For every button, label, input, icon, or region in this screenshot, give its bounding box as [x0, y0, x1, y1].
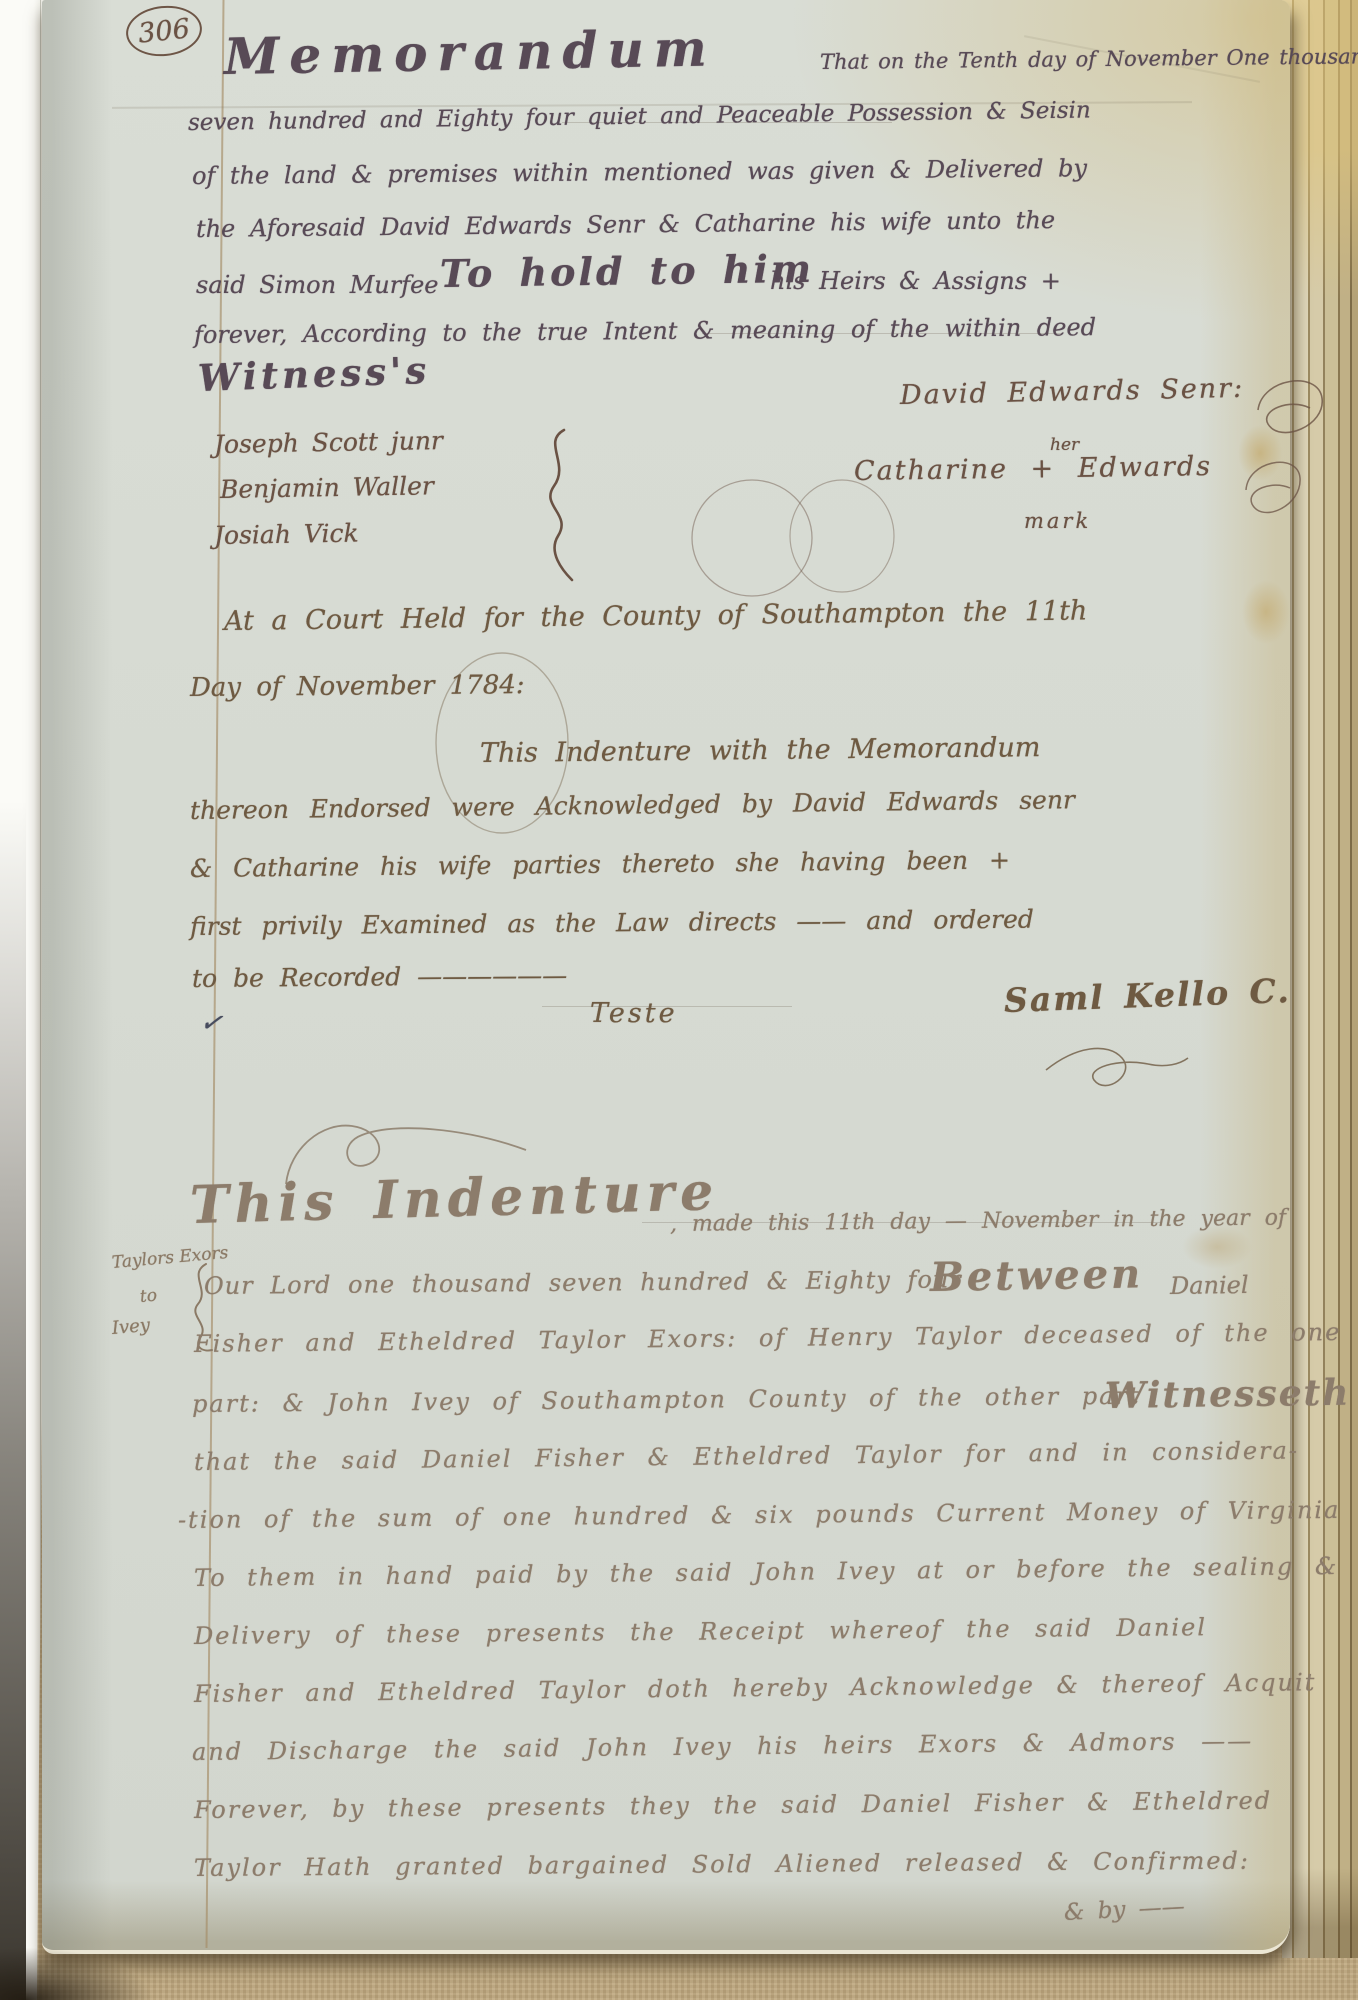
memorandum-line-4: the Aforesaid David Edwards Senr & Catha…: [196, 208, 1055, 241]
court-line-3: This Indenture with the Memorandum: [480, 734, 1041, 767]
margin-note-line-2: to: [139, 1288, 157, 1306]
indenture-line-3: Fisher and Etheldred Taylor Exors: of He…: [194, 1320, 1342, 1356]
witness-name-3: Josiah Vick: [214, 520, 359, 548]
signature-flourish: [1042, 1040, 1192, 1102]
catchword: & by ——: [1063, 1896, 1185, 1925]
court-line-7: to be Recorded ——————: [192, 963, 567, 991]
bottom-corner-shadow: [0, 1920, 210, 2000]
memorandum-line-5-end: his Heirs & Assigns +: [770, 269, 1061, 293]
memorandum-line-3: of the land & premises within mentioned …: [192, 156, 1087, 188]
ink-loop-flourish: [682, 472, 942, 602]
witness-name-2: Benjamin Waller: [220, 473, 434, 502]
photograph-of-deed-book-page: 306 Memorandum That on the Tenth day of …: [0, 0, 1358, 2000]
paper-stain: [1182, 1225, 1252, 1269]
indenture-heading: This Indenture: [189, 1166, 720, 1232]
book-page-edges: [1282, 0, 1358, 1958]
seal-flourish: [1252, 368, 1328, 448]
margin-note-line-3: Ivey: [111, 1317, 151, 1338]
gutter-shadow: [0, 800, 26, 2000]
signature-catharine-under: mark: [1024, 511, 1091, 532]
teste-label: Teste: [590, 1000, 678, 1027]
court-line-4: thereon Endorsed were Acknowledged by Da…: [190, 787, 1075, 823]
page-number: 306: [137, 15, 191, 47]
memorandum-line-1: That on the Tenth day of November One th…: [820, 46, 1358, 73]
check-mark: ✓: [198, 1008, 224, 1038]
indenture-line-11: Forever, by these presents they the said…: [194, 1789, 1272, 1822]
page-number-circle: 306: [124, 2, 205, 60]
memorandum-line-6: forever, According to the true Intent & …: [194, 315, 1096, 347]
ledger-page: 306 Memorandum That on the Tenth day of …: [42, 0, 1290, 1954]
seal-flourish: [1240, 446, 1306, 530]
indenture-line-2-end: Daniel: [1170, 1273, 1249, 1298]
indenture-line-4-emphasis: Witnesseth: [1105, 1375, 1351, 1414]
witness-name-1: Joseph Scott junr: [214, 428, 443, 457]
clerk-signature: Saml Kello C.: [1003, 974, 1291, 1017]
court-line-6: first privily Examined as the Law direct…: [190, 907, 1034, 939]
memorandum-heading: Memorandum: [224, 23, 718, 82]
indenture-line-2: Our Lord one thousand seven hundred & Ei…: [204, 1267, 962, 1298]
indenture-line-6: -tion of the sum of one hundred & six po…: [178, 1498, 1341, 1532]
court-line-1: At a Court Held for the County of Southa…: [224, 597, 1088, 635]
indenture-line-4: part: & John Ivey of Southampton County …: [192, 1384, 1141, 1416]
indenture-line-9: Fisher and Etheldred Taylor doth hereby …: [194, 1670, 1317, 1706]
paper-stain: [1242, 580, 1290, 644]
signature-catharine-over: her: [1050, 437, 1079, 454]
indenture-line-12: Taylor Hath granted bargained Sold Alien…: [194, 1849, 1250, 1880]
witness-heading: Witness's: [197, 352, 430, 397]
memorandum-line-5-emphasis: To hold to him: [440, 250, 815, 293]
indenture-line-7: To them in hand paid by the said John Iv…: [194, 1554, 1339, 1590]
indenture-line-2-emphasis: Between: [930, 1254, 1144, 1298]
signature-david-edwards: David Edwards Senr:: [900, 375, 1245, 409]
indenture-line-1: , made this 11th day — November in the y…: [670, 1208, 1286, 1236]
indenture-line-5: that the said Daniel Fisher & Etheldred …: [194, 1438, 1299, 1474]
memorandum-line-5: said Simon Murfee: [196, 273, 439, 297]
indenture-line-8: Delivery of these presents the Receipt w…: [194, 1615, 1207, 1648]
court-line-5: & Catharine his wife parties thereto she…: [190, 847, 1010, 881]
witness-brace-flourish: [534, 428, 578, 588]
indenture-line-10: and Discharge the said John Ivey his hei…: [192, 1729, 1253, 1764]
